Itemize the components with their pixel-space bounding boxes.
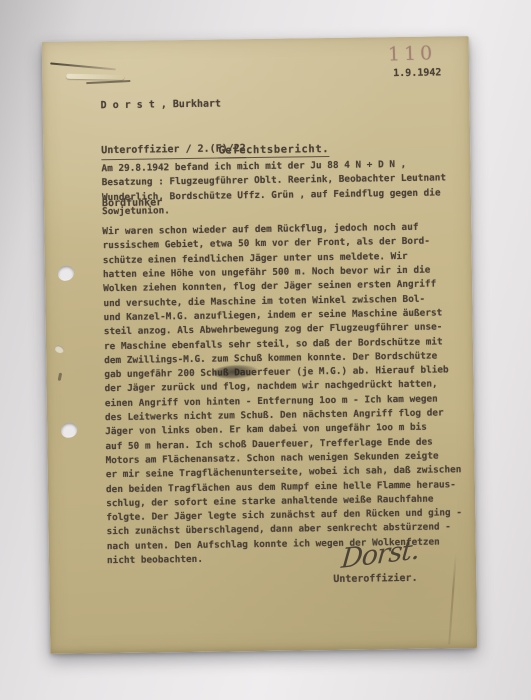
- signature-rank: Unteroffizier.: [333, 573, 417, 585]
- document-page: 110 1.9.1942 D o r s t , Burkhart Untero…: [42, 36, 478, 654]
- document-title: Gefechtsbericht.: [218, 143, 329, 159]
- report-body: Am 29.8.1942 befand ich mich mit der Ju …: [101, 157, 469, 574]
- paper-speck: [58, 373, 62, 381]
- document-date: 1.9.1942: [393, 67, 441, 79]
- punch-hole-top: [58, 266, 74, 281]
- punch-hole-bottom: [61, 423, 77, 438]
- paragraph-combat: Wir waren schon wieder auf dem Rückflug,…: [102, 220, 469, 568]
- edge-tear: [54, 345, 65, 355]
- paragraph-crew: Am 29.8.1942 befand ich mich mit der Ju …: [101, 157, 464, 219]
- page-number-stamp: 110: [388, 42, 437, 66]
- photo-background: 110 1.9.1942 D o r s t , Burkhart Untero…: [0, 0, 531, 700]
- author-name: D o r s t , Burkhart: [101, 96, 246, 113]
